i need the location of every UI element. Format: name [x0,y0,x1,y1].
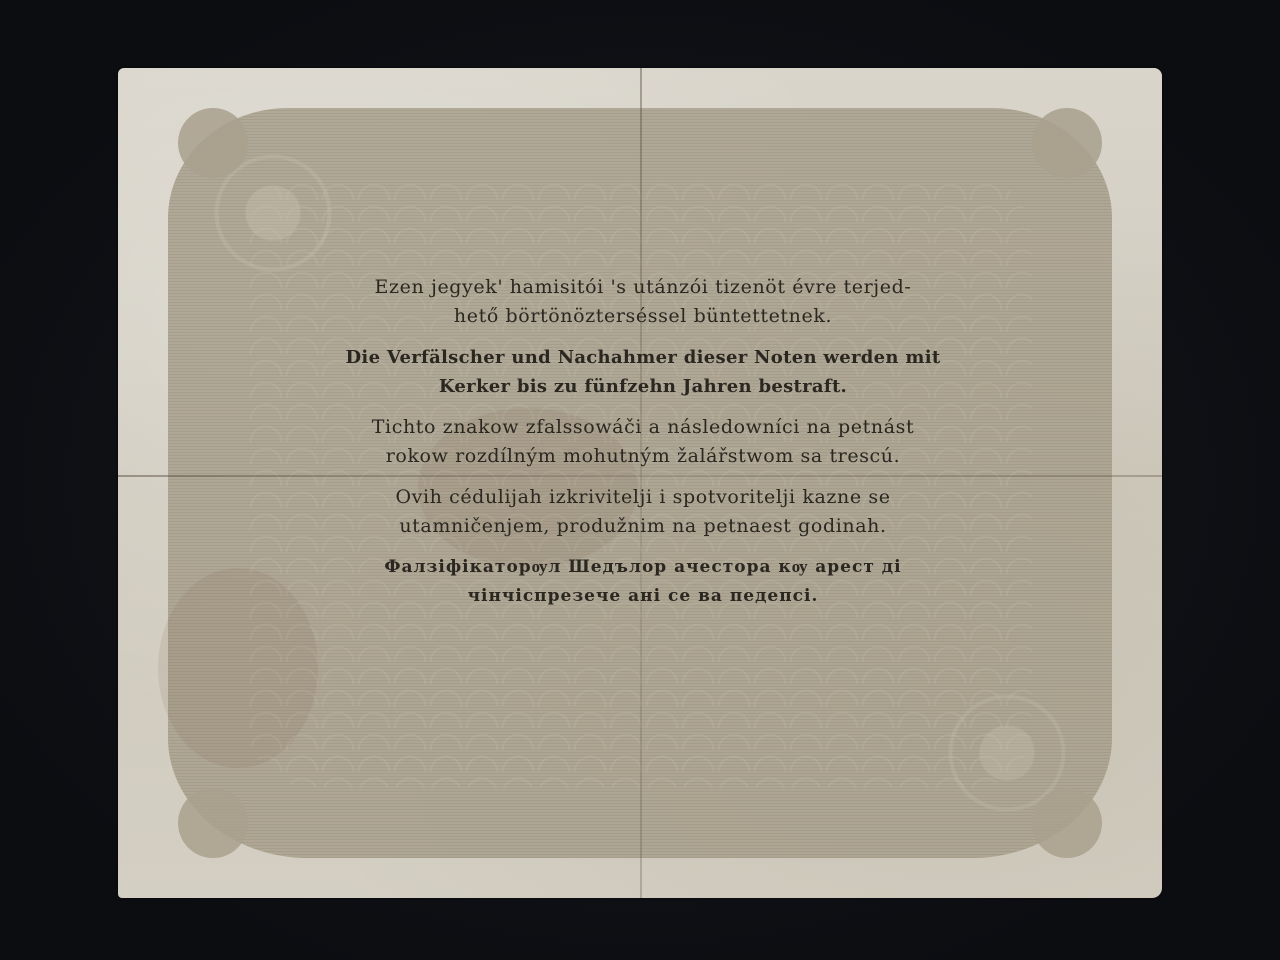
corner-scroll-ornament [1032,788,1102,858]
corner-scroll-ornament [178,788,248,858]
warning-text-slovak: Tichto znakow zfalssowáči a následowníci… [333,413,953,471]
warning-text-romanian-cyrillic: Фалзіфікаторѹл Шедълор ачестора кѹ арест… [333,553,953,611]
text-line: Фалзіфікаторѹл Шедълор ачестора кѹ арест… [384,557,901,577]
warning-text-hungarian: Ezen jegyek' hamisitói 's utánzói tizenö… [333,273,953,331]
text-line: Ezen jegyek' hamisitói 's utánzói tizenö… [375,276,912,298]
text-line: hető börtönözterséssel büntettetnek. [454,305,832,327]
photo-background: Ezen jegyek' hamisitói 's utánzói tizenö… [0,0,1280,960]
corner-scroll-ornament [1032,108,1102,178]
corner-scroll-ornament [178,108,248,178]
text-line: Die Verfälscher und Nachahmer dieser Not… [346,347,941,368]
warning-text-croatian: Ovih cédulijah izkrivitelji i spotvorite… [333,483,953,541]
paper-stain [158,568,318,768]
text-line: чінчіспрезече ані се ва педепсі. [468,586,819,606]
warning-text-panel: Ezen jegyek' hamisitói 's utánzói tizenö… [333,273,953,623]
warning-text-german: Die Verfälscher und Nachahmer dieser Not… [333,343,953,401]
text-line: rokow rozdílným mohutným žalářstwom sa t… [386,445,901,467]
banknote-reverse: Ezen jegyek' hamisitói 's utánzói tizenö… [118,68,1162,898]
text-line: Ovih cédulijah izkrivitelji i spotvorite… [395,486,890,508]
text-line: Kerker bis zu fünfzehn Jahren bestraft. [439,376,847,397]
text-line: Tichto znakow zfalssowáči a následowníci… [372,416,914,438]
text-line: utamničenjem, produžnim na petnaest godi… [399,515,886,537]
